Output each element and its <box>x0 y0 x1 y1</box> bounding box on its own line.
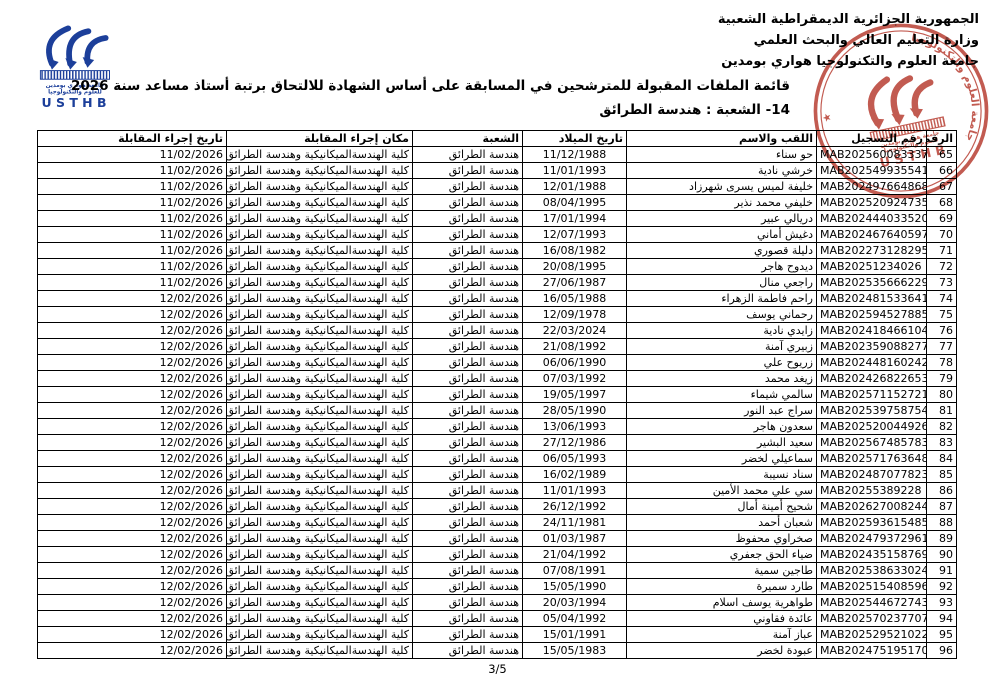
cell-number: 95 <box>927 627 957 643</box>
cell-name: عائدة فقاوني <box>627 611 817 627</box>
cell-interview-place: كلية الهندسةالميكانيكية وهندسة الطرائق <box>227 547 413 563</box>
cell-branch: هندسة الطرائق <box>413 259 523 275</box>
cell-registration: MAB202529521022 <box>817 627 927 643</box>
logo-acronym: U S T H B <box>42 95 107 110</box>
table-row: 79MAB202426822653زيغد محمد07/03/1992هندس… <box>38 371 957 387</box>
cell-interview-place: كلية الهندسةالميكانيكية وهندسة الطرائق <box>227 339 413 355</box>
cell-name: ضياء الحق جعفري <box>627 547 817 563</box>
cell-interview-date: 11/02/2026 <box>38 275 227 291</box>
table-row: 71MAB202273128295دليلة قصوري16/08/1982هن… <box>38 243 957 259</box>
cell-interview-date: 11/02/2026 <box>38 227 227 243</box>
table-row: 90MAB202435158769ضياء الحق جعفري21/04/19… <box>38 547 957 563</box>
cell-branch: هندسة الطرائق <box>413 227 523 243</box>
cell-registration: MAB202435158769 <box>817 547 927 563</box>
cell-registration: MAB202520924735 <box>817 195 927 211</box>
col-header-number: الرقم <box>927 131 957 147</box>
cell-interview-place: كلية الهندسةالميكانيكية وهندسة الطرائق <box>227 419 413 435</box>
cell-birthdate: 05/04/1992 <box>523 611 627 627</box>
cell-birthdate: 06/05/1993 <box>523 451 627 467</box>
cell-interview-place: كلية الهندسةالميكانيكية وهندسة الطرائق <box>227 387 413 403</box>
table-row: 66MAB202549935541خرشي نادية11/01/1993هند… <box>38 163 957 179</box>
cell-branch: هندسة الطرائق <box>413 467 523 483</box>
table-row: 78MAB202448160242زريوح علي06/06/1990هندس… <box>38 355 957 371</box>
cell-name: رحماني يوسف <box>627 307 817 323</box>
cell-name: سراج عبد النور <box>627 403 817 419</box>
cell-name: سالمي شيماء <box>627 387 817 403</box>
cell-interview-date: 12/02/2026 <box>38 499 227 515</box>
cell-name: عباز آمنة <box>627 627 817 643</box>
cell-name: دليلة قصوري <box>627 243 817 259</box>
candidates-table: الرقم رقم التسجيل اللقب والاسم تاريخ الم… <box>37 130 957 659</box>
cell-registration: MAB202467640597 <box>817 227 927 243</box>
cell-branch: هندسة الطرائق <box>413 339 523 355</box>
cell-interview-place: كلية الهندسةالميكانيكية وهندسة الطرائق <box>227 227 413 243</box>
cell-birthdate: 26/12/1992 <box>523 499 627 515</box>
cell-name: خليفة لميس يسرى شهرزاد <box>627 179 817 195</box>
cell-number: 85 <box>927 467 957 483</box>
table-row: 95MAB202529521022عباز آمنة15/01/1991هندس… <box>38 627 957 643</box>
cell-interview-date: 11/02/2026 <box>38 163 227 179</box>
cell-interview-place: كلية الهندسةالميكانيكية وهندسة الطرائق <box>227 531 413 547</box>
cell-interview-date: 12/02/2026 <box>38 307 227 323</box>
cell-branch: هندسة الطرائق <box>413 483 523 499</box>
cell-registration: MAB20251234026 <box>817 259 927 275</box>
cell-interview-date: 12/02/2026 <box>38 547 227 563</box>
table-row: 77MAB202359088277زبيري آمنة21/08/1992هند… <box>38 339 957 355</box>
table-row: 89MAB202479372961صخراوي محفوظ01/03/1987ه… <box>38 531 957 547</box>
cell-interview-place: كلية الهندسةالميكانيكية وهندسة الطرائق <box>227 451 413 467</box>
cell-interview-date: 12/02/2026 <box>38 291 227 307</box>
cell-branch: هندسة الطرائق <box>413 387 523 403</box>
cell-interview-place: كلية الهندسةالميكانيكية وهندسة الطرائق <box>227 259 413 275</box>
cell-number: 77 <box>927 339 957 355</box>
cell-registration: MAB202593615485 <box>817 515 927 531</box>
cell-branch: هندسة الطرائق <box>413 275 523 291</box>
cell-registration: MAB202539758754 <box>817 403 927 419</box>
cell-number: 79 <box>927 371 957 387</box>
cell-interview-date: 12/02/2026 <box>38 387 227 403</box>
cell-number: 68 <box>927 195 957 211</box>
document-page: جامعة هواري بومدين للعلوم والتكنولوجيا U… <box>0 0 995 683</box>
cell-branch: هندسة الطرائق <box>413 179 523 195</box>
cell-birthdate: 12/01/1988 <box>523 179 627 195</box>
cell-name: شحيح أمينة أمال <box>627 499 817 515</box>
cell-interview-place: كلية الهندسةالميكانيكية وهندسة الطرائق <box>227 291 413 307</box>
cell-branch: هندسة الطرائق <box>413 515 523 531</box>
table-row: 91MAB202538633024طاجين سمية07/08/1991هند… <box>38 563 957 579</box>
cell-registration: MAB202571152721 <box>817 387 927 403</box>
cell-interview-place: كلية الهندسةالميكانيكية وهندسة الطرائق <box>227 627 413 643</box>
cell-number: 90 <box>927 547 957 563</box>
cell-interview-place: كلية الهندسةالميكانيكية وهندسة الطرائق <box>227 179 413 195</box>
table-row: 93MAB202544672743طواهرية يوسف اسلام20/03… <box>38 595 957 611</box>
cell-name: سعيد البشير <box>627 435 817 451</box>
cell-number: 82 <box>927 419 957 435</box>
cell-name: شعبان أحمد <box>627 515 817 531</box>
cell-number: 89 <box>927 531 957 547</box>
cell-birthdate: 01/03/1987 <box>523 531 627 547</box>
cell-birthdate: 16/02/1989 <box>523 467 627 483</box>
cell-interview-date: 12/02/2026 <box>38 355 227 371</box>
cell-number: 66 <box>927 163 957 179</box>
cell-number: 69 <box>927 211 957 227</box>
cell-registration: MAB202594527885 <box>817 307 927 323</box>
cell-interview-date: 12/02/2026 <box>38 483 227 499</box>
table-row: 84MAB202571763648سماعيلي لخضر06/05/1993ه… <box>38 451 957 467</box>
cell-name: سعدون هاجر <box>627 419 817 435</box>
cell-interview-date: 12/02/2026 <box>38 643 227 659</box>
table-row: 96MAB202475195170عبودة لخضر15/05/1983هند… <box>38 643 957 659</box>
cell-interview-place: كلية الهندسةالميكانيكية وهندسة الطرائق <box>227 307 413 323</box>
col-header-branch: الشعبة <box>413 131 523 147</box>
cell-name: زريوح علي <box>627 355 817 371</box>
cell-registration: MAB202444033520 <box>817 211 927 227</box>
table-row: 65MAB202560083337حو سناء11/12/1988هندسة … <box>38 147 957 163</box>
cell-branch: هندسة الطرائق <box>413 595 523 611</box>
cell-branch: هندسة الطرائق <box>413 307 523 323</box>
table-row: 92MAB202515408596طارد سميرة15/05/1990هند… <box>38 579 957 595</box>
cell-registration: MAB202520044926 <box>817 419 927 435</box>
cell-birthdate: 13/06/1993 <box>523 419 627 435</box>
cell-registration: MAB202560083337 <box>817 147 927 163</box>
branch-subtitle: 14- الشعبة : هندسة الطرائق <box>599 102 790 118</box>
table-row: 87MAB202627008244شحيح أمينة أمال26/12/19… <box>38 499 957 515</box>
cell-birthdate: 08/04/1995 <box>523 195 627 211</box>
table-row: 80MAB202571152721سالمي شيماء19/05/1997هن… <box>38 387 957 403</box>
cell-interview-date: 12/02/2026 <box>38 435 227 451</box>
cell-branch: هندسة الطرائق <box>413 419 523 435</box>
cell-interview-place: كلية الهندسةالميكانيكية وهندسة الطرائق <box>227 435 413 451</box>
gov-header-line2: وزارة التعليم العالي والبحث العلمي <box>718 31 979 52</box>
cell-branch: هندسة الطرائق <box>413 435 523 451</box>
table-row: 68MAB202520924735خليفي محمد نذير08/04/19… <box>38 195 957 211</box>
cell-number: 92 <box>927 579 957 595</box>
cell-number: 84 <box>927 451 957 467</box>
page-number: 3/5 <box>0 662 995 676</box>
cell-number: 86 <box>927 483 957 499</box>
cell-registration: MAB202571763648 <box>817 451 927 467</box>
cell-number: 67 <box>927 179 957 195</box>
cell-number: 91 <box>927 563 957 579</box>
cell-number: 73 <box>927 275 957 291</box>
cell-interview-date: 12/02/2026 <box>38 467 227 483</box>
cell-interview-date: 12/02/2026 <box>38 451 227 467</box>
cell-registration: MAB202538633024 <box>817 563 927 579</box>
cell-interview-place: كلية الهندسةالميكانيكية وهندسة الطرائق <box>227 611 413 627</box>
cell-registration: MAB202273128295 <box>817 243 927 259</box>
cell-name: دغيش أماني <box>627 227 817 243</box>
cell-name: دريالي عبير <box>627 211 817 227</box>
cell-branch: هندسة الطرائق <box>413 147 523 163</box>
table-row: 75MAB202594527885رحماني يوسف12/09/1978هن… <box>38 307 957 323</box>
cell-branch: هندسة الطرائق <box>413 195 523 211</box>
cell-number: 80 <box>927 387 957 403</box>
table-row: 76MAB202418466104زايدي نادية22/03/2024هن… <box>38 323 957 339</box>
cell-branch: هندسة الطرائق <box>413 579 523 595</box>
records-tbody: 65MAB202560083337حو سناء11/12/1988هندسة … <box>38 147 957 659</box>
cell-number: 94 <box>927 611 957 627</box>
cell-birthdate: 15/05/1983 <box>523 643 627 659</box>
cell-interview-place: كلية الهندسةالميكانيكية وهندسة الطرائق <box>227 211 413 227</box>
cell-branch: هندسة الطرائق <box>413 163 523 179</box>
cell-interview-place: كلية الهندسةالميكانيكية وهندسة الطرائق <box>227 643 413 659</box>
cell-interview-place: كلية الهندسةالميكانيكية وهندسة الطرائق <box>227 195 413 211</box>
table-row: 86MAB20255389228سي علي محمد الأمين11/01/… <box>38 483 957 499</box>
cell-birthdate: 16/08/1982 <box>523 243 627 259</box>
cell-branch: هندسة الطرائق <box>413 403 523 419</box>
cell-birthdate: 12/07/1993 <box>523 227 627 243</box>
cell-number: 70 <box>927 227 957 243</box>
table-row: 85MAB202487077823سناد نسيبة16/02/1989هند… <box>38 467 957 483</box>
table-row: 73MAB202535666229راجعي منال27/06/1987هند… <box>38 275 957 291</box>
cell-branch: هندسة الطرائق <box>413 451 523 467</box>
gov-header: الجمهورية الجزائرية الديمقراطية الشعبية … <box>718 10 979 72</box>
cell-name: عبودة لخضر <box>627 643 817 659</box>
cell-number: 74 <box>927 291 957 307</box>
cell-interview-date: 12/02/2026 <box>38 419 227 435</box>
cell-interview-place: كلية الهندسةالميكانيكية وهندسة الطرائق <box>227 355 413 371</box>
cell-number: 65 <box>927 147 957 163</box>
cell-birthdate: 11/01/1993 <box>523 163 627 179</box>
cell-branch: هندسة الطرائق <box>413 243 523 259</box>
cell-number: 81 <box>927 403 957 419</box>
cell-name: سناد نسيبة <box>627 467 817 483</box>
cell-name: خرشي نادية <box>627 163 817 179</box>
cell-registration: MAB202549935541 <box>817 163 927 179</box>
cell-interview-date: 11/02/2026 <box>38 195 227 211</box>
cell-interview-place: كلية الهندسةالميكانيكية وهندسة الطرائق <box>227 467 413 483</box>
cell-branch: هندسة الطرائق <box>413 563 523 579</box>
cell-number: 76 <box>927 323 957 339</box>
cell-interview-date: 11/02/2026 <box>38 211 227 227</box>
cell-birthdate: 07/08/1991 <box>523 563 627 579</box>
cell-interview-date: 12/02/2026 <box>38 563 227 579</box>
col-header-registration: رقم التسجيل <box>817 131 927 147</box>
cell-interview-date: 11/02/2026 <box>38 243 227 259</box>
cell-registration: MAB202475195170 <box>817 643 927 659</box>
cell-name: طواهرية يوسف اسلام <box>627 595 817 611</box>
table-row: 74MAB202481533641راحم فاطمة الزهراء16/05… <box>38 291 957 307</box>
cell-interview-date: 12/02/2026 <box>38 323 227 339</box>
cell-number: 96 <box>927 643 957 659</box>
cell-interview-date: 12/02/2026 <box>38 403 227 419</box>
cell-branch: هندسة الطرائق <box>413 211 523 227</box>
cell-registration: MAB202479372961 <box>817 531 927 547</box>
cell-name: طاجين سمية <box>627 563 817 579</box>
cell-registration: MAB202497664868 <box>817 179 927 195</box>
gov-header-line3: جامعة العلوم والتكنولوجيا هواري بومدين <box>718 52 979 73</box>
cell-branch: هندسة الطرائق <box>413 547 523 563</box>
table-row: 72MAB20251234026ديدوح هاجر20/08/1995هندس… <box>38 259 957 275</box>
cell-registration: MAB20255389228 <box>817 483 927 499</box>
cell-number: 78 <box>927 355 957 371</box>
cell-interview-date: 12/02/2026 <box>38 531 227 547</box>
cell-interview-place: كلية الهندسةالميكانيكية وهندسة الطرائق <box>227 371 413 387</box>
cell-birthdate: 28/05/1990 <box>523 403 627 419</box>
cell-birthdate: 17/01/1994 <box>523 211 627 227</box>
cell-branch: هندسة الطرائق <box>413 371 523 387</box>
table-row: 81MAB202539758754سراج عبد النور28/05/199… <box>38 403 957 419</box>
cell-interview-date: 12/02/2026 <box>38 579 227 595</box>
cell-number: 88 <box>927 515 957 531</box>
table-row: 67MAB202497664868خليفة لميس يسرى شهرزاد1… <box>38 179 957 195</box>
cell-interview-place: كلية الهندسةالميكانيكية وهندسة الطرائق <box>227 323 413 339</box>
cell-registration: MAB202535666229 <box>817 275 927 291</box>
cell-interview-place: كلية الهندسةالميكانيكية وهندسة الطرائق <box>227 499 413 515</box>
cell-birthdate: 06/06/1990 <box>523 355 627 371</box>
cell-branch: هندسة الطرائق <box>413 323 523 339</box>
cell-birthdate: 24/11/1981 <box>523 515 627 531</box>
cell-interview-place: كلية الهندسةالميكانيكية وهندسة الطرائق <box>227 403 413 419</box>
cell-registration: MAB202487077823 <box>817 467 927 483</box>
cell-registration: MAB202544672743 <box>817 595 927 611</box>
cell-interview-date: 12/02/2026 <box>38 339 227 355</box>
cell-interview-place: كلية الهندسةالميكانيكية وهندسة الطرائق <box>227 243 413 259</box>
cell-interview-date: 12/02/2026 <box>38 627 227 643</box>
cell-name: طارد سميرة <box>627 579 817 595</box>
cell-name: خليفي محمد نذير <box>627 195 817 211</box>
cell-birthdate: 19/05/1997 <box>523 387 627 403</box>
cell-birthdate: 22/03/2024 <box>523 323 627 339</box>
cell-interview-place: كلية الهندسةالميكانيكية وهندسة الطرائق <box>227 515 413 531</box>
cell-number: 75 <box>927 307 957 323</box>
cell-number: 87 <box>927 499 957 515</box>
cell-interview-place: كلية الهندسةالميكانيكية وهندسة الطرائق <box>227 579 413 595</box>
cell-number: 93 <box>927 595 957 611</box>
cell-interview-date: 11/02/2026 <box>38 147 227 163</box>
page-title: قائمة الملفات المقبولة للمترشحين في المس… <box>71 78 790 94</box>
cell-branch: هندسة الطرائق <box>413 355 523 371</box>
cell-birthdate: 20/08/1995 <box>523 259 627 275</box>
cell-interview-date: 12/02/2026 <box>38 371 227 387</box>
cell-registration: MAB202426822653 <box>817 371 927 387</box>
table-row: 69MAB202444033520دريالي عبير17/01/1994هن… <box>38 211 957 227</box>
cell-birthdate: 21/08/1992 <box>523 339 627 355</box>
cell-name: سماعيلي لخضر <box>627 451 817 467</box>
cell-number: 83 <box>927 435 957 451</box>
cell-name: حو سناء <box>627 147 817 163</box>
cell-registration: MAB202418466104 <box>817 323 927 339</box>
cell-branch: هندسة الطرائق <box>413 611 523 627</box>
cell-name: سي علي محمد الأمين <box>627 483 817 499</box>
table-row: 94MAB202570237707عائدة فقاوني05/04/1992ه… <box>38 611 957 627</box>
table-header-row: الرقم رقم التسجيل اللقب والاسم تاريخ الم… <box>38 131 957 147</box>
cell-registration: MAB202515408596 <box>817 579 927 595</box>
cell-registration: MAB202570237707 <box>817 611 927 627</box>
cell-interview-date: 11/02/2026 <box>38 259 227 275</box>
col-header-name: اللقب والاسم <box>627 131 817 147</box>
table-row: 70MAB202467640597دغيش أماني12/07/1993هند… <box>38 227 957 243</box>
cell-name: صخراوي محفوظ <box>627 531 817 547</box>
cell-birthdate: 16/05/1988 <box>523 291 627 307</box>
cell-registration: MAB202481533641 <box>817 291 927 307</box>
cell-birthdate: 27/06/1987 <box>523 275 627 291</box>
cell-interview-date: 11/02/2026 <box>38 179 227 195</box>
cell-name: راجعي منال <box>627 275 817 291</box>
cell-name: راحم فاطمة الزهراء <box>627 291 817 307</box>
cell-birthdate: 27/12/1986 <box>523 435 627 451</box>
col-header-birthdate: تاريخ الميلاد <box>523 131 627 147</box>
cell-interview-place: كلية الهندسةالميكانيكية وهندسة الطرائق <box>227 563 413 579</box>
cell-registration: MAB202359088277 <box>817 339 927 355</box>
cell-birthdate: 12/09/1978 <box>523 307 627 323</box>
cell-name: زايدي نادية <box>627 323 817 339</box>
cell-interview-date: 12/02/2026 <box>38 595 227 611</box>
cell-registration: MAB202627008244 <box>817 499 927 515</box>
cell-interview-place: كلية الهندسةالميكانيكية وهندسة الطرائق <box>227 483 413 499</box>
cell-branch: هندسة الطرائق <box>413 531 523 547</box>
cell-name: ديدوح هاجر <box>627 259 817 275</box>
col-header-interview-date: تاريخ إجراء المقابلة <box>38 131 227 147</box>
cell-interview-place: كلية الهندسةالميكانيكية وهندسة الطرائق <box>227 163 413 179</box>
cell-birthdate: 15/01/1991 <box>523 627 627 643</box>
cell-branch: هندسة الطرائق <box>413 627 523 643</box>
cell-branch: هندسة الطرائق <box>413 291 523 307</box>
cell-interview-date: 12/02/2026 <box>38 515 227 531</box>
usthb-logo-icon: جامعة هواري بومدين للعلوم والتكنولوجيا U… <box>26 12 122 110</box>
cell-interview-place: كلية الهندسةالميكانيكية وهندسة الطرائق <box>227 147 413 163</box>
cell-name: زبيري آمنة <box>627 339 817 355</box>
cell-number: 71 <box>927 243 957 259</box>
table-row: 82MAB202520044926سعدون هاجر13/06/1993هند… <box>38 419 957 435</box>
cell-birthdate: 11/01/1993 <box>523 483 627 499</box>
cell-interview-place: كلية الهندسةالميكانيكية وهندسة الطرائق <box>227 595 413 611</box>
gov-header-line1: الجمهورية الجزائرية الديمقراطية الشعبية <box>718 10 979 31</box>
cell-registration: MAB202448160242 <box>817 355 927 371</box>
cell-branch: هندسة الطرائق <box>413 499 523 515</box>
cell-registration: MAB202567485783 <box>817 435 927 451</box>
cell-birthdate: 21/04/1992 <box>523 547 627 563</box>
cell-interview-date: 12/02/2026 <box>38 611 227 627</box>
cell-interview-place: كلية الهندسةالميكانيكية وهندسة الطرائق <box>227 275 413 291</box>
table-row: 88MAB202593615485شعبان أحمد24/11/1981هند… <box>38 515 957 531</box>
cell-number: 72 <box>927 259 957 275</box>
cell-birthdate: 11/12/1988 <box>523 147 627 163</box>
cell-branch: هندسة الطرائق <box>413 643 523 659</box>
cell-birthdate: 15/05/1990 <box>523 579 627 595</box>
cell-birthdate: 20/03/1994 <box>523 595 627 611</box>
cell-name: زيغد محمد <box>627 371 817 387</box>
table-row: 83MAB202567485783سعيد البشير27/12/1986هن… <box>38 435 957 451</box>
cell-birthdate: 07/03/1992 <box>523 371 627 387</box>
col-header-interview-place: مكان إجراء المقابلة <box>227 131 413 147</box>
